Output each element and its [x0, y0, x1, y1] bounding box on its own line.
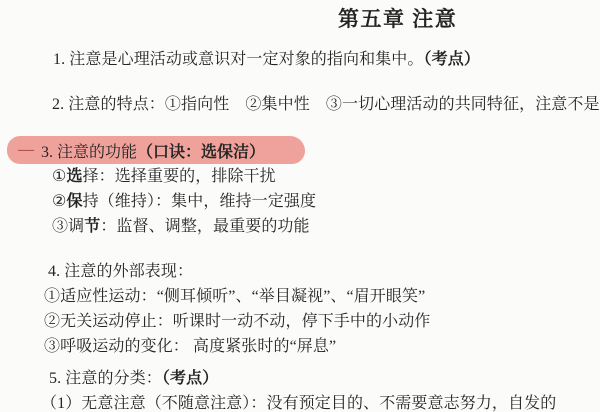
- document-page: 第五章 注意 1. 注意是心理活动或意识对一定对象的指向和集中。（考点） 2. …: [0, 0, 600, 412]
- item-3-sub-3: ③调节：监督、调整，最重要的功能: [52, 217, 310, 237]
- item-3-sub-2-keyword: 保: [66, 193, 82, 210]
- item-5-heading-text: 5. 注意的分类：: [49, 370, 162, 387]
- item-2-text: 2. 注意的特点：①指向性 ②集中性 ③一切心理活动的共同特征，注意不是: [52, 96, 600, 113]
- item-4-heading-text: 4. 注意的外部表现：: [48, 263, 193, 280]
- item-3-sub-3-keyword: 节: [84, 218, 100, 235]
- item-5-heading: 5. 注意的分类：（考点）: [49, 369, 218, 389]
- item-1-text: 1. 注意是心理活动或意识对一定对象的指向和集中。: [53, 51, 424, 68]
- item-3-sub-2: ②保持（维持）：集中，维持一定强度: [52, 192, 316, 212]
- item-5-sub-1: （1）无意注意（不随意注意）：没有预定目的、不需要意志努力，自发的: [41, 394, 556, 412]
- item-1-exam-tag: （考点）: [424, 51, 480, 68]
- item-4-sub-3-text: ③呼吸运动的变化： 高度紧张时的“屏息”: [44, 338, 336, 355]
- item-4-sub-2: ②无关运动停止：听课时一动不动，停下手中的小动作: [44, 312, 430, 332]
- item-3-sub-2-pre: ②: [52, 193, 66, 210]
- item-3-mnemonic: （口诀：选保洁）: [137, 139, 265, 162]
- item-3-sub-1-pre: ①: [52, 168, 66, 185]
- item-3-highlighted-heading: —3. 注意的功能（口诀：选保洁）: [7, 136, 305, 164]
- item-4-sub-2-text: ②无关运动停止：听课时一动不动，停下手中的小动作: [44, 313, 430, 330]
- item-1-definition: 1. 注意是心理活动或意识对一定对象的指向和集中。（考点）: [53, 50, 480, 70]
- item-3-sub-3-text: ：监督、调整，最重要的功能: [100, 218, 309, 235]
- item-4-heading: 4. 注意的外部表现：: [48, 262, 193, 282]
- item-2-features: 2. 注意的特点：①指向性 ②集中性 ③一切心理活动的共同特征，注意不是: [52, 95, 600, 115]
- item-3-sub-1: ①选择：选择重要的，排除干扰: [52, 167, 276, 187]
- chapter-title: 第五章 注意: [338, 3, 457, 33]
- item-3-sub-2-text: 持（维持）：集中，维持一定强度: [83, 193, 317, 210]
- item-5-sub-1-text: （1）无意注意（不随意注意）：没有预定目的、不需要意志努力，自发的: [41, 395, 556, 412]
- item-4-sub-1: ①适应性运动：“侧耳倾听”、“举目凝视”、“眉开眼笑”: [44, 287, 425, 307]
- item-3-label: 3. 注意的功能: [41, 139, 137, 162]
- item-3-sub-1-text: 择：选择重要的，排除干扰: [83, 168, 276, 185]
- item-4-sub-1-text: ①适应性运动：“侧耳倾听”、“举目凝视”、“眉开眼笑”: [44, 288, 425, 305]
- item-3-sub-1-keyword: 选: [66, 168, 82, 185]
- dash-marker: —: [18, 141, 34, 159]
- item-3-sub-3-pre: ③调: [52, 218, 84, 235]
- item-4-sub-3: ③呼吸运动的变化： 高度紧张时的“屏息”: [44, 337, 336, 357]
- item-5-exam-tag: （考点）: [162, 370, 218, 387]
